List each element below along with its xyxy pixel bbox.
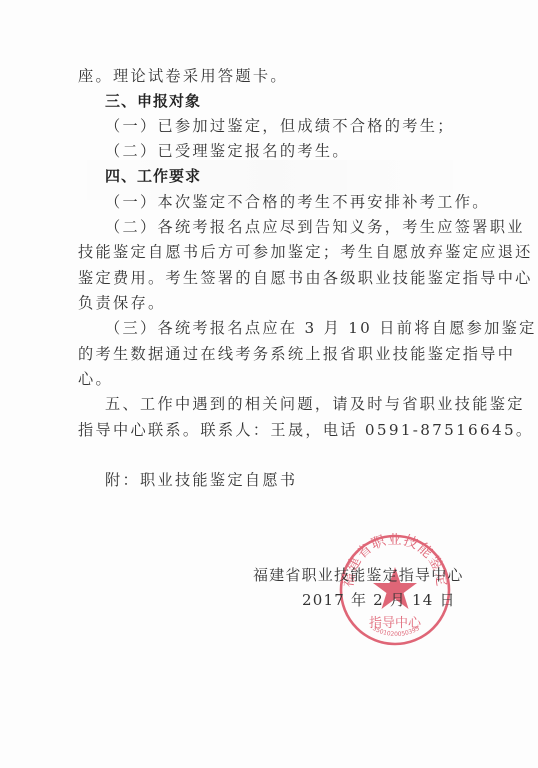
document-page: 座。理论试卷采用答题卡。 三、申报对象 （一）已参加过鉴定，但成绩不合格的考生；… bbox=[0, 0, 538, 768]
signature-date: 2017 年 2 月 14 日 bbox=[302, 590, 456, 610]
paragraph-line: （一）本次鉴定不合格的考生不再安排补考工作。 bbox=[105, 192, 487, 212]
contact-line: 指导中心联系。联系人：王晟，电话 0591-87516645。 bbox=[78, 420, 460, 440]
paragraph-line: 心。 bbox=[78, 369, 460, 389]
paragraph-line: 座。理论试卷采用答题卡。 bbox=[78, 66, 460, 86]
paragraph-line: （一）已参加过鉴定，但成绩不合格的考生； bbox=[105, 116, 487, 136]
paragraph-line: （二）各统考报名点应尽到告知义务，考生应签署职业 bbox=[105, 217, 487, 237]
paragraph-line: 技能鉴定自愿书后方可参加鉴定；考生自愿放弃鉴定应退还 bbox=[78, 242, 460, 262]
section-heading-applicants: 三、申报对象 bbox=[105, 91, 487, 111]
paragraph-line: （三）各统考报名点应在 3 月 10 日前将自愿参加鉴定 bbox=[105, 318, 487, 338]
paragraph-line: 负责保存。 bbox=[78, 293, 460, 313]
paragraph-line: （二）已受理鉴定报名的考生。 bbox=[105, 141, 487, 161]
paragraph-line: 的考生数据通过在线考务系统上报省职业技能鉴定指导中 bbox=[78, 344, 460, 364]
paragraph-line: 五、工作中遇到的相关问题，请及时与省职业技能鉴定 bbox=[105, 394, 487, 414]
attachment-line: 附：职业技能鉴定自愿书 bbox=[105, 470, 487, 490]
section-heading-requirements: 四、工作要求 bbox=[105, 166, 487, 186]
signature-organization: 福建省职业技能鉴定指导中心 bbox=[253, 565, 464, 585]
paragraph-line: 鉴定费用。考生签署的自愿书由各级职业技能鉴定指导中心 bbox=[78, 268, 460, 288]
